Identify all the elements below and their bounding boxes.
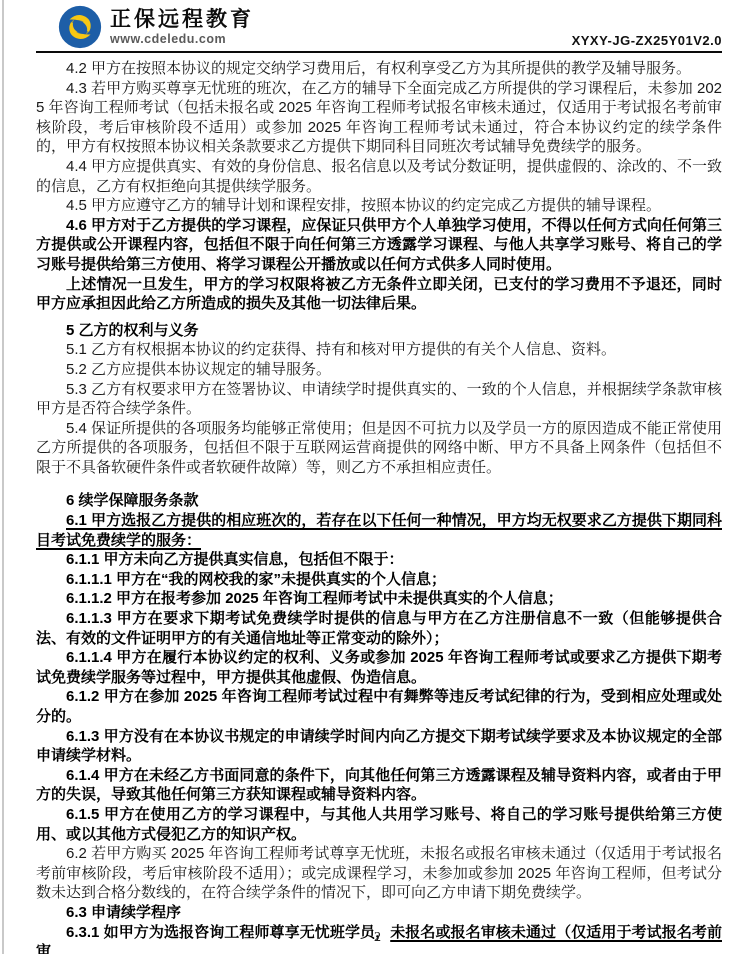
clause-5-1: 5.1 乙方有权根据本协议的约定获得、持有和核对甲方提供的有关个人信息、资料。 [36,340,722,360]
clause-5-2-text: 5.2 乙方应提供本协议规定的辅导服务。 [66,361,331,378]
heading-5-text: 5 乙方的权利与义务 [66,322,199,339]
clause-6-1-1-3-text: 6.1.1.3 甲方在要求下期考试免费续学时提供的信息与甲方在乙方注册信息不一致… [36,610,722,647]
brand-block: 正保远程教育 www.cdeledu.com [58,5,254,49]
clause-4-6: 4.6 甲方对于乙方提供的学习课程，应保证只供甲方个人单独学习使用，不得以任何方… [36,216,722,275]
clause-4-6-text: 4.6 甲方对于乙方提供的学习课程，应保证只供甲方个人单独学习使用，不得以任何方… [36,217,722,273]
cdel-swirl-logo-icon [58,5,102,49]
heading-6-3-text: 6.3 申请续学程序 [66,904,181,921]
clause-6-1-5-text: 6.1.5 甲方在使用乙方的学习课程中，与其他人共用学习账号、将自己的学习账号提… [36,806,722,843]
clause-4-4: 4.4 甲方应提供真实、有效的身份信息、报名信息以及考试分数证明，提供虚假的、涂… [36,157,722,196]
clause-5-4: 5.4 保证所提供的各项服务均能够正常使用；但是因不可抗力以及学员一方的原因造成… [36,419,722,478]
clause-6-1-1-4: 6.1.1.4 甲方在履行本协议约定的权利、义务或参加 2025 年咨询工程师考… [36,648,722,687]
clause-6-1-1-text: 6.1.1 甲方未向乙方提供真实信息，包括但不限于： [66,551,404,568]
clause-6-1-text: 6.1 甲方选报乙方提供的相应班次的，若存在以下任何一种情况，甲方均无权要求乙方… [36,512,722,549]
clause-5-2: 5.2 乙方应提供本协议规定的辅导服务。 [36,360,722,380]
clause-6-1-5: 6.1.5 甲方在使用乙方的学习课程中，与其他人共用学习账号、将自己的学习账号提… [36,805,722,844]
clause-4-4-text: 4.4 甲方应提供真实、有效的身份信息、报名信息以及考试分数证明，提供虚假的、涂… [36,158,722,195]
heading-6-text: 6 续学保障服务条款 [66,492,199,509]
heading-6: 6 续学保障服务条款 [36,491,722,511]
clause-6-1: 6.1 甲方选报乙方提供的相应班次的，若存在以下任何一种情况，甲方均无权要求乙方… [36,511,722,550]
brand-text: 正保远程教育 www.cdeledu.com [110,8,254,47]
clause-5-4-text: 5.4 保证所提供的各项服务均能够正常使用；但是因不可抗力以及学员一方的原因造成… [36,420,722,476]
clause-5-1-text: 5.1 乙方有权根据本协议的约定获得、持有和核对甲方提供的有关个人信息、资料。 [66,341,616,358]
clause-6-1-2-text: 6.1.2 甲方在参加 2025 年咨询工程师考试过程中有舞弊等违反考试纪律的行… [36,688,722,725]
document-body: 4.2 甲方在按照本协议的规定交纳学习费用后，有权利享受乙方为其所提供的教学及辅… [36,59,722,954]
clause-6-1-1-4-text: 6.1.1.4 甲方在履行本协议约定的权利、义务或参加 2025 年咨询工程师考… [36,649,722,686]
clause-6-1-1-1-text: 6.1.1.1 甲方在“我的网校我的家”未提供真实的个人信息； [66,571,446,588]
clause-6-2-text: 6.2 若甲方购买 2025 年咨询工程师考试尊享无忧班，未报名或报名审核未通过… [36,845,722,901]
clause-6-1-1-2-text: 6.1.1.2 甲方在报考参加 2025 年咨询工程师考试中未提供真实的个人信息… [66,590,563,607]
clause-6-1-1-3: 6.1.1.3 甲方在要求下期考试免费续学时提供的信息与甲方在乙方注册信息不一致… [36,609,722,648]
clause-6-2: 6.2 若甲方购买 2025 年咨询工程师考试尊享无忧班，未报名或报名审核未通过… [36,844,722,903]
clause-6-1-2: 6.1.2 甲方在参加 2025 年咨询工程师考试过程中有舞弊等违反考试纪律的行… [36,687,722,726]
clause-5-3: 5.3 乙方有权要求甲方在签署协议、申请续学时提供真实的、一致的个人信息，并根据… [36,380,722,419]
page-left-edge [2,0,4,954]
clause-4-3-text: 4.3 若甲方购买尊享无忧班的班次，在乙方的辅导下全面完成乙方所提供的学习课程后… [36,80,722,156]
clause-4-5-text: 4.5 甲方应遵守乙方的辅导计划和课程安排，按照本协议的约定完成乙方提供的辅导课… [66,197,661,214]
brand-name: 正保远程教育 [110,8,254,32]
clause-6-1-3: 6.1.3 甲方没有在本协议书规定的申请续学时间内向乙方提交下期考试续学要求及本… [36,727,722,766]
document-code: XYXY-JG-ZX25Y01V2.0 [572,33,722,48]
clause-6-1-4: 6.1.4 甲方在未经乙方书面同意的条件下，向其他任何第三方透露课程及辅导资料内… [36,766,722,805]
clause-6-1-1: 6.1.1 甲方未向乙方提供真实信息，包括但不限于： [36,550,722,570]
clause-4-2-text: 4.2 甲方在按照本协议的规定交纳学习费用后，有权利享受乙方为其所提供的教学及辅… [66,60,691,77]
clause-5-3-text: 5.3 乙方有权要求甲方在签署协议、申请续学时提供真实的、一致的个人信息，并根据… [36,381,722,418]
clause-4-6-note: 上述情况一旦发生，甲方的学习权限将被乙方无条件立即关闭，已支付的学习费用不予退还… [36,275,722,314]
page-number: 2 [0,930,755,946]
heading-5: 5 乙方的权利与义务 [36,321,722,341]
clause-6-1-4-text: 6.1.4 甲方在未经乙方书面同意的条件下，向其他任何第三方透露课程及辅导资料内… [36,767,722,804]
clause-6-1-1-2: 6.1.1.2 甲方在报考参加 2025 年咨询工程师考试中未提供真实的个人信息… [36,589,722,609]
clause-6-1-1-1: 6.1.1.1 甲方在“我的网校我的家”未提供真实的个人信息； [36,570,722,590]
clause-4-2: 4.2 甲方在按照本协议的规定交纳学习费用后，有权利享受乙方为其所提供的教学及辅… [36,59,722,79]
clause-4-3: 4.3 若甲方购买尊享无忧班的班次，在乙方的辅导下全面完成乙方所提供的学习课程后… [36,79,722,157]
clause-4-6-note-text: 上述情况一旦发生，甲方的学习权限将被乙方无条件立即关闭，已支付的学习费用不予退还… [36,276,722,313]
document-header: 正保远程教育 www.cdeledu.com XYXY-JG-ZX25Y01V2… [36,0,722,53]
clause-4-5: 4.5 甲方应遵守乙方的辅导计划和课程安排，按照本协议的约定完成乙方提供的辅导课… [36,196,722,216]
heading-6-3: 6.3 申请续学程序 [36,903,722,923]
clause-6-1-3-text: 6.1.3 甲方没有在本协议书规定的申请续学时间内向乙方提交下期考试续学要求及本… [36,728,722,765]
brand-url: www.cdeledu.com [110,32,254,47]
